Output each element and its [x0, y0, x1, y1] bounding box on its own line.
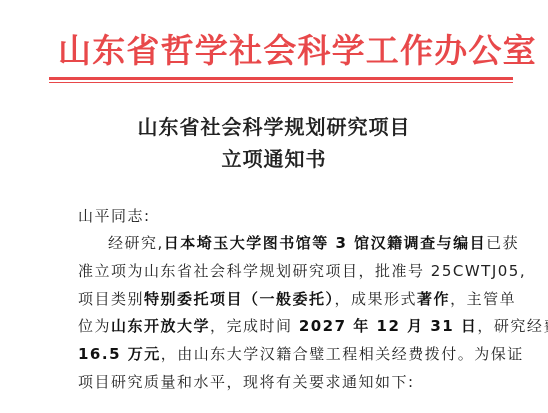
paragraph-line-3: 项目类别特别委托项目（一般委托），成果形式著作，主管单 — [78, 286, 488, 314]
result-form: 著作 — [417, 290, 450, 308]
text: 位为 — [78, 317, 111, 335]
paragraph-line-6: 项目研究质量和水平，现将有关要求通知如下: — [78, 369, 488, 397]
document-title-line1: 山东省社会科学规划研究项目 — [0, 111, 548, 143]
text: 已获 — [486, 234, 519, 252]
salutation-text: 山平同志: — [78, 203, 488, 231]
paragraph-line-4: 位为山东开放大学，完成时间 2027 年 12 月 31 日，研究经费 — [78, 313, 488, 341]
letterhead-org-name: 山东省哲学社会科学工作办公室 — [58, 30, 508, 72]
completion-date: 2027 年 12 月 31 日 — [299, 317, 478, 335]
text: 经研究, — [108, 234, 164, 252]
text: ，完成时间 — [210, 317, 299, 335]
text: ，研究经费 — [477, 317, 548, 335]
paragraph-line-5: 16.5 万元，由山东大学汉籍合璧工程相关经费拨付。为保证 — [78, 341, 488, 369]
paragraph-line-2: 准立项为山东省社会科学规划研究项目，批准号 25CWTJ05, — [78, 258, 488, 286]
text: ，主管单 — [450, 290, 516, 308]
letterhead-rule-thick — [49, 77, 513, 80]
supervising-unit: 山东开放大学 — [111, 317, 210, 335]
text: 项目类别 — [78, 290, 144, 308]
paragraph-line-1: 经研究,日本埼玉大学图书馆等 3 馆汉籍调查与编目已获 — [78, 230, 488, 258]
project-category: 特别委托项目（一般委托） — [144, 290, 335, 308]
letterhead-rule-thin — [49, 82, 513, 83]
text: ，由山东大学汉籍合璧工程相关经费拨付。为保证 — [161, 345, 524, 363]
salutation: 山平同志: — [78, 203, 488, 231]
document-title-line2: 立项通知书 — [0, 143, 548, 175]
notice-paragraph: 经研究,日本埼玉大学图书馆等 3 馆汉籍调查与编目已获 准立项为山东省社会科学规… — [78, 230, 488, 397]
research-funds: 16.5 万元 — [78, 345, 161, 363]
project-title: 日本埼玉大学图书馆等 3 馆汉籍调查与编目 — [164, 234, 486, 252]
text: ，成果形式 — [335, 290, 418, 308]
